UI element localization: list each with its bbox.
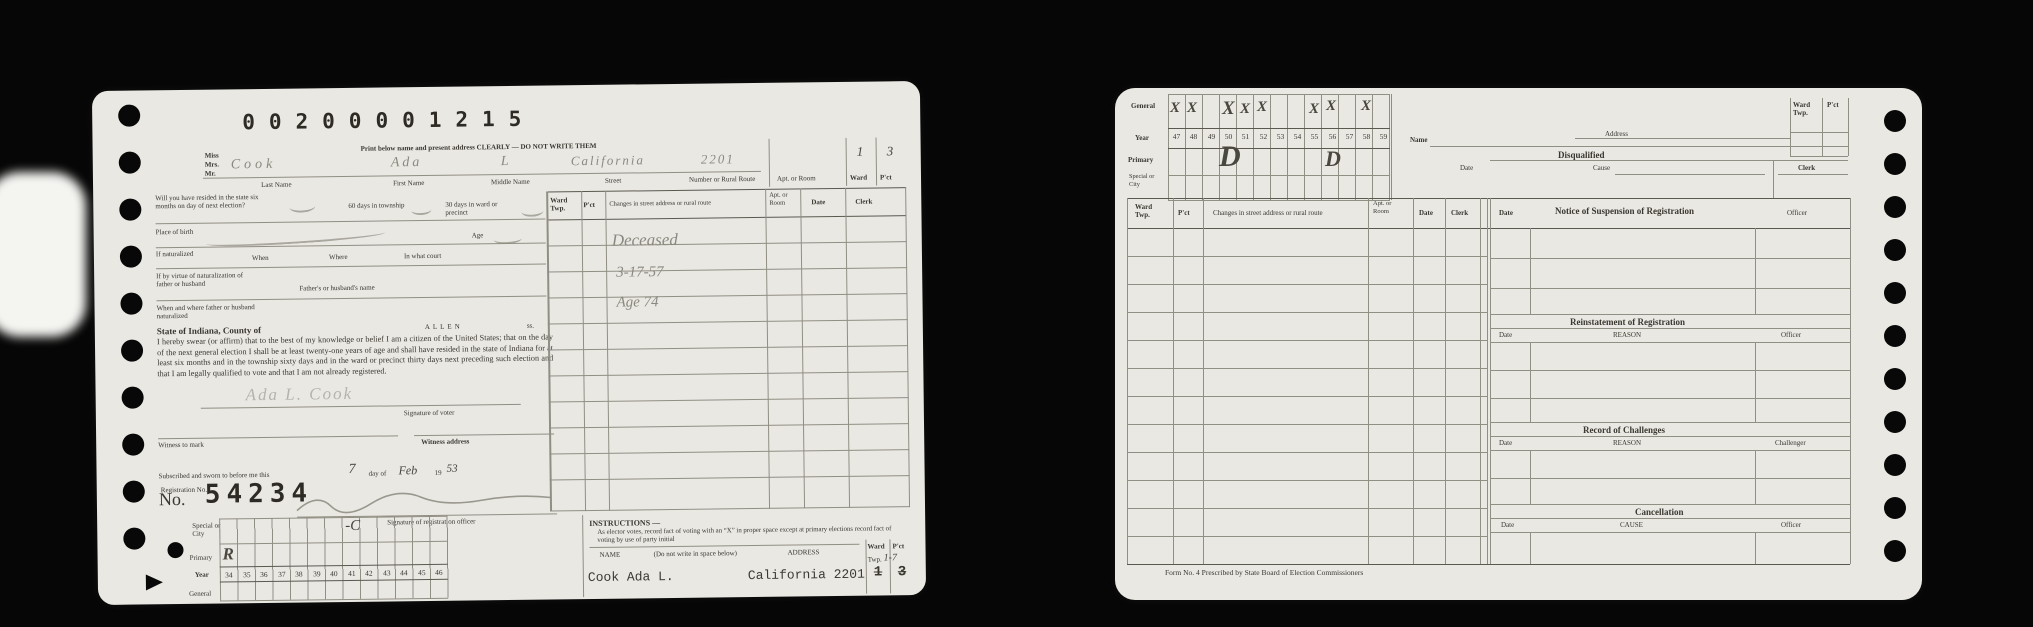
punch-hole-column xyxy=(1884,110,1906,562)
special-row-label: Special or City xyxy=(192,522,222,538)
corner-pct-label: P'ct xyxy=(1827,101,1839,109)
primary-row-label: Primary xyxy=(190,554,213,562)
change-clerk-header: Clerk xyxy=(855,198,872,206)
rule xyxy=(1490,532,1850,533)
sworn-year: 53 xyxy=(446,463,457,475)
year-cell: 49 xyxy=(1203,132,1220,141)
rule xyxy=(1490,314,1850,315)
typed-address: California 2201 xyxy=(748,570,865,581)
primary-row-label: Primary xyxy=(1128,156,1153,164)
no-label: No. xyxy=(159,494,186,504)
voter-signature-label: Signature of voter xyxy=(404,409,455,418)
punch-hole xyxy=(1884,325,1906,347)
ward-label: Ward xyxy=(850,174,867,182)
general-row-label: General xyxy=(189,590,211,598)
table-changes-header: Changes in street address or rural route xyxy=(1213,209,1323,217)
rule xyxy=(1480,198,1481,564)
table-pct-header: P'ct xyxy=(1178,209,1190,217)
year-cell: 41 xyxy=(343,569,361,578)
handwritten-ward: 1 xyxy=(857,144,864,160)
rule xyxy=(547,293,907,298)
typed-name: Cook Ada L. xyxy=(588,572,674,583)
rule xyxy=(1127,284,1487,285)
rule xyxy=(1755,342,1756,422)
reinstatement-date-header: Date xyxy=(1499,331,1512,339)
footer-twp-label: Twp. xyxy=(868,555,882,563)
apt-label: Apt. or Room xyxy=(777,174,816,182)
day-of-label: day of xyxy=(369,470,387,478)
rule xyxy=(1778,174,1848,175)
year-cell: 44 xyxy=(395,568,413,577)
registration-card-front: 00200001215 Print below name and present… xyxy=(92,81,926,605)
rule xyxy=(1127,198,1128,564)
rule xyxy=(548,371,908,376)
footer-twp-value: 1-7 xyxy=(884,552,897,563)
rule xyxy=(549,423,909,428)
general-row-label: General xyxy=(1131,102,1155,110)
challenges-date-header: Date xyxy=(1499,439,1512,447)
cancellation-title: Cancellation xyxy=(1635,507,1684,517)
rule xyxy=(1490,160,1848,161)
rule xyxy=(1490,518,1850,519)
rule xyxy=(1445,198,1446,564)
rule xyxy=(548,345,908,350)
where-label: Where xyxy=(329,253,348,261)
rule xyxy=(1575,138,1790,139)
sixty-days-label: 60 days in township xyxy=(348,201,410,210)
vote-grid-cells xyxy=(219,516,449,601)
year-cell: 53 xyxy=(1272,132,1289,141)
rule xyxy=(1127,228,1850,229)
rule xyxy=(1615,174,1765,175)
rule xyxy=(1168,148,1390,149)
rule xyxy=(1848,98,1849,156)
challenges-title: Record of Challenges xyxy=(1583,425,1665,435)
year-cell: 48 xyxy=(1185,132,1202,141)
rule xyxy=(1430,146,1848,147)
vote-grid-cells xyxy=(1168,94,1392,200)
handwritten-pct: 3 xyxy=(887,143,894,159)
sworn-day: 7 xyxy=(348,462,355,478)
rule xyxy=(1413,198,1414,564)
ink-dot-mark xyxy=(167,542,183,558)
instructions-address-label: ADDRESS xyxy=(788,548,820,556)
rule xyxy=(1755,450,1756,504)
punch-hole xyxy=(119,198,141,220)
rule xyxy=(845,188,850,508)
punch-hole xyxy=(1884,540,1906,562)
place-of-birth-label: Place of birth xyxy=(156,228,196,236)
rule xyxy=(414,433,554,436)
punch-hole xyxy=(122,386,144,408)
affidavit-heading: State of Indiana, County of xyxy=(157,325,261,336)
year-cell: 57 xyxy=(1341,132,1358,141)
rule xyxy=(1490,478,1850,479)
clerk-label: Clerk xyxy=(1798,164,1815,172)
table-apt-header: Apt. or Room xyxy=(1373,200,1401,216)
year-prefix: 19 xyxy=(435,469,442,477)
punch-hole xyxy=(1884,239,1906,261)
rule xyxy=(876,137,878,185)
punch-hole-column xyxy=(118,104,145,549)
punch-hole xyxy=(1884,497,1906,519)
punch-hole xyxy=(1884,153,1906,175)
rule xyxy=(1173,198,1174,564)
name-label: Name xyxy=(1410,136,1428,144)
punch-hole xyxy=(122,433,144,455)
rule xyxy=(546,187,906,192)
footer-pct-label: P'ct xyxy=(892,542,904,550)
year-cell: 39 xyxy=(308,569,326,578)
rule xyxy=(1490,398,1850,399)
address-label: Address xyxy=(1605,130,1628,138)
pointer-arrow-mark xyxy=(146,574,163,590)
serial-number-stamp: 00200001215 xyxy=(242,114,535,128)
punch-hole xyxy=(1884,368,1906,390)
punch-hole xyxy=(123,527,145,549)
rule xyxy=(1790,98,1791,156)
year-cell: 42 xyxy=(360,569,378,578)
sworn-month: Feb xyxy=(398,463,417,478)
punch-hole xyxy=(119,151,141,173)
change-note-date: 3-17-57 xyxy=(616,264,664,282)
rule xyxy=(550,506,910,511)
punch-hole xyxy=(1884,196,1906,218)
punch-hole xyxy=(1884,411,1906,433)
rule xyxy=(546,215,906,220)
rule xyxy=(1790,132,1848,133)
handwritten-street: California xyxy=(571,152,645,169)
year-cell: 37 xyxy=(273,570,291,579)
general-mark: X xyxy=(1170,100,1180,117)
general-mark: X xyxy=(1240,101,1250,118)
table-ward-twp-header: Ward Twp. xyxy=(1135,203,1165,219)
primary-mark: R xyxy=(222,544,234,564)
rule xyxy=(158,435,398,439)
rule xyxy=(1127,368,1487,369)
instructions-note: (Do not write in space below) xyxy=(654,549,737,558)
handwriting-scrawl xyxy=(289,200,316,214)
punch-hole xyxy=(120,292,142,314)
rule xyxy=(1490,450,1850,451)
rule xyxy=(769,139,771,187)
change-pct-header: P'ct xyxy=(583,201,595,209)
pct-label: P'ct xyxy=(880,173,892,181)
rule xyxy=(581,191,586,511)
year-row-label: Year xyxy=(1135,134,1149,142)
rule xyxy=(547,267,907,272)
rule xyxy=(1368,198,1369,564)
table-clerk-header: Clerk xyxy=(1451,209,1468,217)
corner-ward-twp-label: Ward Twp. xyxy=(1793,101,1819,117)
instructions-body: As elector votes, record fact of voting … xyxy=(597,525,897,545)
rule xyxy=(1490,258,1850,259)
change-ward-twp-header: Ward Twp. xyxy=(550,196,578,212)
year-row-label: Year xyxy=(195,571,209,579)
rule xyxy=(765,189,770,509)
year-cell: 45 xyxy=(413,568,431,577)
form-footer: Form No. 4 Prescribed by State Board of … xyxy=(1165,569,1363,577)
rule xyxy=(1127,396,1487,397)
punch-hole xyxy=(123,480,145,502)
rule xyxy=(547,241,907,246)
affidavit-body: I hereby swear (or affirm) that to the b… xyxy=(157,332,553,379)
residency-question: Will you have resided in the state six m… xyxy=(155,193,277,210)
if-naturalized-label: If naturalized xyxy=(156,250,216,259)
rule xyxy=(605,191,610,511)
rule xyxy=(800,188,805,508)
year-cell: 34 xyxy=(220,570,238,579)
thirty-days-label: 30 days in ward or precinct xyxy=(445,200,519,217)
year-cell: 35 xyxy=(238,570,256,579)
footer-pct-value: 3 xyxy=(898,567,907,577)
rule xyxy=(1790,156,1848,157)
challenges-challenger-header: Challenger xyxy=(1775,439,1806,447)
cancellation-officer-header: Officer xyxy=(1781,521,1801,529)
rule xyxy=(1127,480,1487,481)
punch-hole xyxy=(120,245,142,267)
year-cell: 40 xyxy=(325,569,343,578)
when-label: When xyxy=(252,254,269,262)
footer-ward-label: Ward xyxy=(867,542,884,550)
punch-hole xyxy=(118,104,140,126)
year-cell: 43 xyxy=(378,568,396,577)
rule xyxy=(156,296,546,302)
general-mark: X xyxy=(1187,100,1197,117)
virtue-label: If by virtue of naturalization of father… xyxy=(156,271,246,288)
instructions-title: INSTRUCTIONS — xyxy=(589,519,660,528)
court-label: In what court xyxy=(404,252,441,260)
year-cell: 52 xyxy=(1255,132,1272,141)
microfilm-frame: 00200001215 Print below name and present… xyxy=(0,0,2033,627)
rule xyxy=(203,171,761,179)
rule xyxy=(550,475,910,480)
rule xyxy=(1755,228,1756,314)
county-value: ALLEN xyxy=(425,323,463,331)
suspension-officer-header: Officer xyxy=(1787,209,1807,217)
note-mark: -C xyxy=(345,518,360,535)
rule xyxy=(1168,128,1390,129)
rule xyxy=(1127,198,1850,199)
age-label: Age xyxy=(472,231,484,239)
registration-card-back: General Year Primary Special or City 47 … xyxy=(1115,88,1922,600)
table-date2-header: Date xyxy=(1499,209,1513,217)
rule xyxy=(156,264,546,270)
rule xyxy=(1127,312,1487,313)
street-label: Street xyxy=(605,177,621,185)
general-mark: X xyxy=(1361,98,1371,115)
rule xyxy=(1127,508,1487,509)
punch-hole xyxy=(1884,282,1906,304)
witness-mark-label: Witness to mark xyxy=(158,441,204,450)
rule xyxy=(889,539,891,593)
general-mark: X xyxy=(1257,99,1267,116)
rule xyxy=(548,319,908,324)
rule xyxy=(1490,436,1850,437)
middle-name-label: Middle Name xyxy=(491,178,530,186)
rule xyxy=(549,397,909,402)
primary-mark: D xyxy=(1219,140,1241,174)
father-name-label: Father's or husband's name xyxy=(299,284,375,293)
voter-signature: Ada L. Cook xyxy=(245,384,353,405)
cancellation-cause-header: CAUSE xyxy=(1620,521,1643,529)
handwritten-middle-name: L xyxy=(501,154,509,170)
reinstatement-reason-header: REASON xyxy=(1613,331,1641,339)
table-date-header: Date xyxy=(1419,209,1433,217)
salutation-miss: Miss xyxy=(205,152,219,160)
rule xyxy=(1487,198,1488,564)
change-changes-header: Changes in street address or rural route xyxy=(609,200,711,209)
rule xyxy=(1530,532,1531,564)
cancellation-date-header: Date xyxy=(1501,521,1514,529)
rule xyxy=(1850,198,1851,564)
suspension-title: Notice of Suspension of Registration xyxy=(1555,206,1694,216)
witness-address-label: Witness address xyxy=(421,437,469,446)
year-cell: 55 xyxy=(1306,132,1323,141)
disqualified-label: Disqualified xyxy=(1558,150,1605,160)
rule xyxy=(1773,160,1774,198)
when-where-naturalized-label: When and where father or husband natural… xyxy=(157,303,267,320)
rule xyxy=(582,515,584,597)
year-cell: 38 xyxy=(290,569,308,578)
salutation-mr: Mr. xyxy=(205,170,216,178)
footer-ward-value: 1 xyxy=(874,567,883,577)
rule xyxy=(1490,288,1850,289)
rule xyxy=(1490,370,1850,371)
handwritten-first-name: Ada xyxy=(391,155,423,171)
rule xyxy=(1490,504,1850,505)
year-cell: 54 xyxy=(1289,132,1306,141)
rule xyxy=(1490,342,1850,343)
rule xyxy=(1168,94,1390,95)
date-label: Date xyxy=(1460,164,1473,172)
rule xyxy=(1822,98,1823,156)
year-cell: 59 xyxy=(1375,132,1392,141)
rule xyxy=(1127,564,1850,565)
print-instruction: Print below name and present address CLE… xyxy=(361,142,597,153)
change-date-header: Date xyxy=(811,198,825,206)
number-label: Number or Rural Route xyxy=(689,175,755,184)
rule xyxy=(156,219,546,225)
year-cell: 46 xyxy=(430,568,448,577)
punch-hole xyxy=(1884,454,1906,476)
handwritten-number: 2201 xyxy=(701,151,735,167)
year-cell: 56 xyxy=(1324,132,1341,141)
rule xyxy=(1530,450,1531,504)
rule xyxy=(1490,422,1850,423)
reinstatement-title: Reinstatement of Registration xyxy=(1570,317,1685,327)
rule xyxy=(1127,256,1487,257)
rule xyxy=(905,187,910,507)
salutation-mrs: Mrs. xyxy=(205,161,219,169)
punch-hole xyxy=(1884,110,1906,132)
handwriting-scrawl xyxy=(411,204,432,215)
punch-hole xyxy=(121,339,143,361)
general-mark: X xyxy=(1326,98,1336,115)
rule xyxy=(1168,175,1390,176)
ss-label: ss. xyxy=(527,322,534,330)
rule xyxy=(1755,532,1756,564)
year-cell: 58 xyxy=(1358,132,1375,141)
year-cell: 47 xyxy=(1168,132,1185,141)
rule xyxy=(1168,200,1390,201)
rule xyxy=(1127,340,1487,341)
instructions-name-label: NAME xyxy=(600,551,621,559)
rule xyxy=(1490,198,1491,564)
rule xyxy=(846,138,848,186)
rule xyxy=(1490,328,1850,329)
challenges-reason-header: REASON xyxy=(1613,439,1641,447)
rule xyxy=(549,449,909,454)
first-name-label: First Name xyxy=(393,179,424,187)
primary-mark: D xyxy=(1325,146,1341,172)
rule xyxy=(1127,424,1487,425)
rule xyxy=(1530,342,1531,422)
rule xyxy=(1530,228,1531,314)
change-note-deceased: Deceased xyxy=(612,230,678,251)
general-mark: X xyxy=(1222,98,1235,120)
change-apt-header: Apt. or Room xyxy=(769,191,797,207)
rule xyxy=(1127,536,1487,537)
rule xyxy=(1203,198,1204,564)
handwriting-scrawl xyxy=(521,205,544,217)
film-light-artifact xyxy=(0,172,86,337)
special-row-label: Special or City xyxy=(1129,173,1157,188)
cause-label: Cause xyxy=(1593,164,1610,172)
rule xyxy=(1127,452,1487,453)
general-mark: X xyxy=(1309,101,1319,118)
change-note-age: Age 74 xyxy=(616,294,658,312)
reinstatement-officer-header: Officer xyxy=(1781,331,1801,339)
year-cell: 36 xyxy=(255,570,273,579)
last-name-label: Last Name xyxy=(261,181,292,189)
handwritten-last-name: Cook xyxy=(231,157,277,174)
